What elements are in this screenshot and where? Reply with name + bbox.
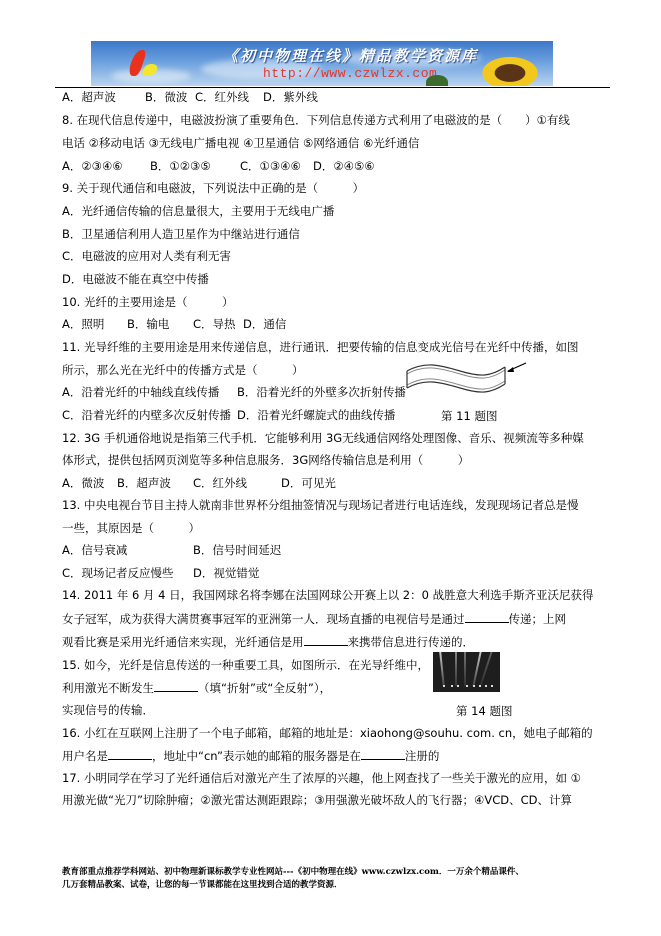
q16-line-2: 用户名是，地址中“cn”表示她的邮箱的服务器是在注册的 bbox=[62, 748, 439, 763]
footer-line-2: 几万套精品教案、试卷，让您的每一节课都能在这里找到合适的教学资源． bbox=[62, 879, 524, 892]
document-page: 《初中物理在线》精品教学资源库 http://www.czwlzx.com A．… bbox=[0, 0, 661, 936]
q9-option-d: D．电磁波不能在真空中传播 bbox=[62, 272, 209, 286]
q11-option-b: B．沿着光纤的外壁多次折射传播 bbox=[237, 385, 406, 399]
q14-line-3b: 来携带信息进行传递的． bbox=[348, 635, 475, 649]
q8-option-d: D．②④⑤⑥ bbox=[313, 159, 375, 173]
q16-blank-1[interactable] bbox=[108, 748, 152, 760]
q9-option-b: B．卫星通信利用人造卫星作为中继站进行通信 bbox=[62, 227, 300, 241]
q16-blank-2[interactable] bbox=[361, 748, 405, 760]
q12-line-1: 12. 3G 手机通俗地说是指第三代手机．它能够利用 3G无线通信网络处理图像、… bbox=[62, 431, 584, 445]
q13-line-2: 一些，其原因是（ ） bbox=[62, 521, 200, 535]
q12-options: A．微波B．超声波C．红外线D．可见光 bbox=[62, 476, 336, 490]
banner-url: http://www.czwlzx.com bbox=[263, 66, 437, 81]
q11-options-cd: C．沿着光纤的内壁多次反射传播D．沿着光纤螺旋式的曲线传播 bbox=[62, 408, 395, 422]
q13-option-a: A．信号衰减 bbox=[62, 543, 193, 557]
q12-option-c: C．红外线 bbox=[193, 476, 281, 490]
q16-line-1: 16. 小红在互联网上注册了一个电子邮箱，邮箱的地址是：xiaohong@sou… bbox=[62, 726, 593, 740]
q16-line-2c: 注册的 bbox=[405, 749, 440, 763]
q9-stem: 9. 关于现代通信和电磁波，下列说法中正确的是（ ） bbox=[62, 181, 364, 195]
q15-line-2b: （填“折射”或“全反射”）， bbox=[198, 681, 331, 695]
q10-option-a: A．照明 bbox=[62, 317, 127, 331]
q14-line-2b: 传递；上网 bbox=[509, 612, 567, 626]
q11-option-a: A．沿着光纤的中轴线直线传播 bbox=[62, 385, 237, 399]
q13-options-cd: C．现场记者反应慢些D．视觉错觉 bbox=[62, 566, 259, 580]
q11-line-1: 11. 光导纤维的主要用途是用来传递信息，进行通讯．把要传输的信息变成光信号在光… bbox=[62, 340, 578, 354]
q11-figure-caption: 第 11 题图 bbox=[441, 408, 497, 424]
q10-option-b: B．输电 bbox=[127, 317, 193, 331]
q15-blank[interactable] bbox=[154, 680, 198, 692]
q14-line-3a: 观看比赛是采用光纤通信来实现，光纤通信是用 bbox=[62, 635, 304, 649]
q10-stem: 10. 光纤的主要用途是（ ） bbox=[62, 295, 233, 309]
q15-line-2: 利用激光不断发生（填“折射”或“全反射”）， bbox=[62, 680, 331, 695]
q9-option-a: A．光纤通信传输的信息量很大，主要用于无线电广播 bbox=[62, 204, 334, 218]
q14-blank-2[interactable] bbox=[304, 634, 348, 646]
optical-fiber-figure bbox=[405, 363, 515, 393]
q11-option-d: D．沿着光纤螺旋式的曲线传播 bbox=[237, 408, 395, 422]
q7-options: A．超声波B．微波C．红外线D．紫外线 bbox=[62, 90, 318, 104]
optical-fiber-photo bbox=[433, 652, 500, 692]
light-arrow-icon bbox=[505, 362, 527, 374]
q14-line-3: 观看比赛是采用光纤通信来实现，光纤通信是用来携带信息进行传递的． bbox=[62, 634, 474, 649]
header-divider bbox=[55, 87, 610, 88]
banner-title: 《初中物理在线》精品教学资源库 bbox=[223, 45, 478, 66]
sunflower-icon bbox=[479, 55, 541, 86]
q8-option-a: A．②③④⑥ bbox=[62, 159, 150, 173]
q14-line-1: 14. 2011 年 6 月 4 日，我国网球名将李娜在法国网球公开赛上以 2：… bbox=[62, 588, 594, 602]
q8-line-1: 8. 在现代信息传递中，电磁波扮演了重要角色．下列信息传递方式利用了电磁波的是（… bbox=[62, 113, 570, 127]
leaf-icon bbox=[426, 75, 448, 86]
q15-line-1: 15. 如今，光纤是信息传送的一种重要工具，如图所示．在光导纤维中， bbox=[62, 658, 429, 672]
q7-option-a: A．超声波 bbox=[62, 90, 145, 104]
q7-option-c: C．红外线 bbox=[195, 90, 263, 104]
q17-line-2: 用激光做“光刀”切除肿瘤；②激光雷达测距跟踪；③用强激光破坏敌人的飞行器；④VC… bbox=[62, 793, 572, 807]
q14-line-2: 女子冠军，成为获得大满贯赛事冠军的亚洲第一人．现场直播的电视信号是通过传递；上网 bbox=[62, 611, 566, 626]
q12-option-b: B．超声波 bbox=[117, 476, 193, 490]
q13-options-ab: A．信号衰减B．信号时间延迟 bbox=[62, 543, 281, 557]
q10-option-d: D．通信 bbox=[243, 317, 286, 331]
q14-line-2a: 女子冠军，成为获得大满贯赛事冠军的亚洲第一人．现场直播的电视信号是通过 bbox=[62, 612, 465, 626]
q17-line-1: 17. 小明同学在学习了光纤通信后对激光产生了浓厚的兴趣，他上网查找了一些关于激… bbox=[62, 771, 581, 785]
q9-option-c: C．电磁波的应用对人类有利无害 bbox=[62, 249, 231, 263]
q15-line-2a: 利用激光不断发生 bbox=[62, 681, 154, 695]
q13-option-c: C．现场记者反应慢些 bbox=[62, 566, 193, 580]
q15-line-3: 实现信号的传输． bbox=[62, 703, 154, 717]
q8-options: A．②③④⑥B．①②③⑤C．①③④⑥D．②④⑤⑥ bbox=[62, 159, 375, 173]
q12-option-a: A．微波 bbox=[62, 476, 117, 490]
q7-option-b: B．微波 bbox=[145, 90, 195, 104]
q13-option-d: D．视觉错觉 bbox=[193, 566, 259, 580]
q11-option-c: C．沿着光纤的内壁多次反射传播 bbox=[62, 408, 237, 422]
q14-figure-caption: 第 14 题图 bbox=[456, 703, 512, 719]
footer-line-1: 教育部重点推荐学科网站、初中物理新课标教学专业性网站---《初中物理在线》www… bbox=[62, 866, 524, 879]
q16-line-2a: 用户名是 bbox=[62, 749, 108, 763]
q7-option-d: D．紫外线 bbox=[263, 90, 318, 104]
q10-option-c: C．导热 bbox=[193, 317, 243, 331]
q8-line-2: 电话 ②移动电话 ③无线电广播电视 ④卫星通信 ⑤网络通信 ⑥光纤通信 bbox=[62, 136, 419, 150]
q14-blank-1[interactable] bbox=[465, 611, 509, 623]
q11-line-2: 所示，那么光在光纤中的传播方式是（ ） bbox=[62, 363, 304, 377]
q16-line-2b: ，地址中“cn”表示她的邮箱的服务器是在 bbox=[152, 749, 361, 763]
q13-option-b: B．信号时间延迟 bbox=[193, 543, 281, 557]
q8-option-c: C．①③④⑥ bbox=[240, 159, 313, 173]
q11-options-ab: A．沿着光纤的中轴线直线传播B．沿着光纤的外壁多次折射传播 bbox=[62, 385, 406, 399]
q10-options: A．照明B．输电C．导热D．通信 bbox=[62, 317, 286, 331]
q13-line-1: 13. 中央电视台节目主持人就南非世界杯分组抽签情况与现场记者进行电话连线，发现… bbox=[62, 498, 578, 512]
q12-option-d: D．可见光 bbox=[281, 476, 336, 490]
header-banner: 《初中物理在线》精品教学资源库 http://www.czwlzx.com bbox=[91, 41, 553, 86]
q12-line-2: 体形式，提供包括网页浏览等多种信息服务．3G网络传输信息是利用（ ） bbox=[62, 453, 469, 467]
q8-option-b: B．①②③⑤ bbox=[150, 159, 240, 173]
page-footer: 教育部重点推荐学科网站、初中物理新课标教学专业性网站---《初中物理在线》www… bbox=[62, 866, 524, 892]
